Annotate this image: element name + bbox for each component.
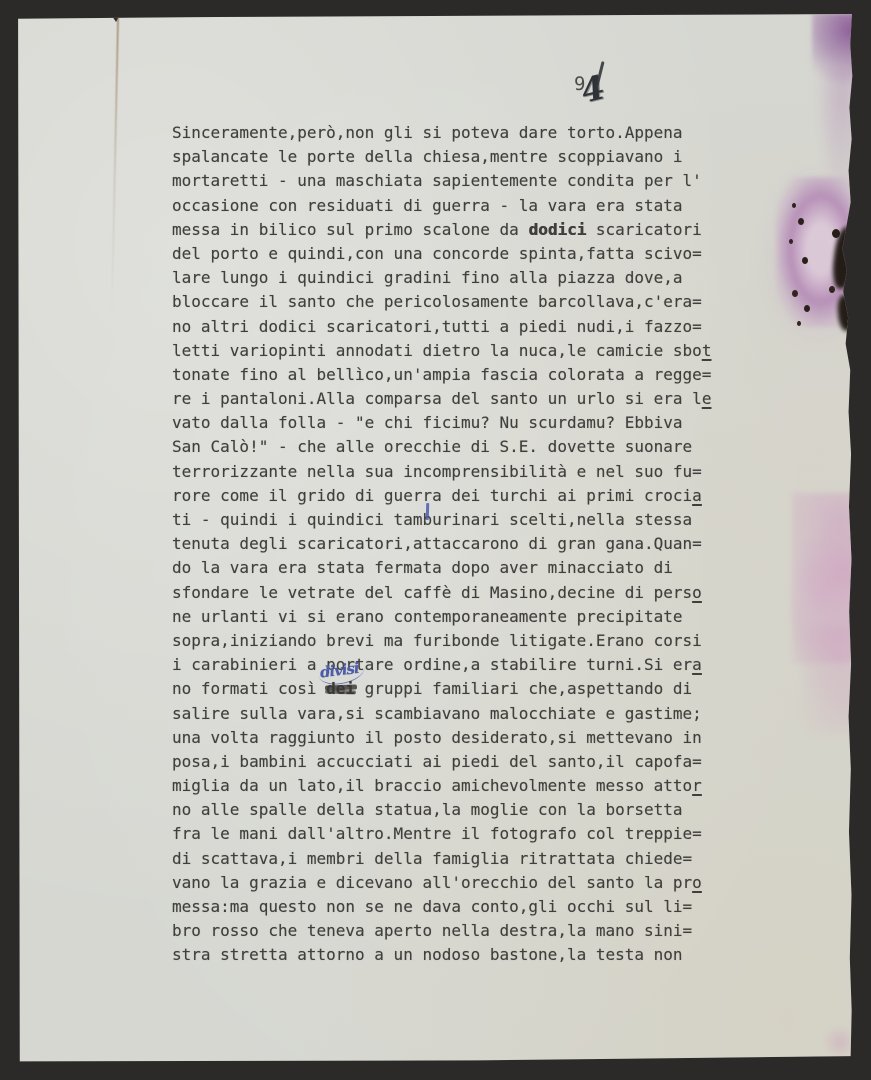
typed-line: tenuta degli scaricatori,attaccarono di … — [172, 532, 711, 556]
scanned-page-background: { "colors": { "background": "#2c2a28", "… — [0, 0, 871, 1080]
typed-line: occasione con residuati di guerra - la v… — [172, 194, 711, 218]
stain-bottom-right — [822, 1027, 858, 1057]
typed-segment: tonate fino al bellìco,un'ampia fascia c… — [172, 365, 711, 384]
typed-segment: ti - quindi i quindici tam — [172, 510, 422, 529]
struck-word: dei — [326, 679, 355, 698]
typed-line: miglia da un lato,il braccio amichevolme… — [172, 774, 711, 798]
typed-line: tonate fino al bellìco,un'ampia fascia c… — [172, 363, 711, 387]
typed-segment: bloccare il santo che pericolosamente ba… — [172, 292, 702, 311]
typed-line: una volta raggiunto il posto desiderato,… — [172, 726, 711, 750]
typed-segment: del porto e quindi,con una concorde spin… — [172, 244, 702, 263]
typed-segment: no altri dodici scaricatori,tutti a pied… — [172, 317, 702, 336]
typed-text: Sinceramente,però,non gli si poteva dare… — [172, 121, 711, 968]
typed-line: re i pantaloni.Alla comparsa del santo u… — [172, 387, 711, 411]
typed-segment: o — [692, 873, 702, 892]
typed-segment: rore come il grido di guerra dei turchi … — [172, 486, 692, 505]
typed-segment: no formati così — [172, 679, 326, 698]
typed-line: terrorizzante nella sua incomprensibilit… — [172, 460, 711, 484]
typed-segment: t — [702, 341, 712, 360]
typed-segment: urinari scelti,nella stessa — [432, 510, 692, 529]
typed-segment: San Calò!" - che alle orecchie di S.E. d… — [172, 437, 692, 456]
typed-segment: spalancate le porte della chiesa,mentre … — [172, 147, 683, 166]
typed-segment: scaricatori — [586, 220, 702, 239]
typed-segment: lare lungo i quindici gradini fino alla … — [172, 268, 683, 287]
typed-segment: i carabinieri a portare ordine,a stabili… — [172, 655, 692, 674]
typed-segment: sopra,iniziando brevi ma furibonde litig… — [172, 631, 702, 650]
typed-segment: fra le mani dall'altro.Mentre il fotogra… — [172, 824, 702, 843]
typed-line: ti - quindi i quindici tamburinari scelt… — [172, 508, 711, 532]
typed-line: lare lungo i quindici gradini fino alla … — [172, 266, 711, 290]
typed-segment: r — [692, 776, 702, 795]
stain-right-upper-ring — [776, 177, 862, 327]
typed-segment: bro rosso che teneva aperto nella destra… — [172, 921, 692, 940]
typed-line: letti variopinti annodati dietro la nuca… — [172, 339, 711, 363]
typed-segment: miglia da un lato,il braccio amichevolme… — [172, 776, 692, 795]
page-number: 94 — [574, 59, 609, 98]
stain-top-right-corner — [812, 13, 862, 89]
blue-ink-mark-letter: b — [422, 510, 432, 529]
typed-segment: mortaretti - una maschiata sapientemente… — [172, 171, 702, 190]
typed-segment: do la vara era stata fermata dopo aver m… — [172, 558, 673, 577]
typed-segment: sfondare le vetrate del caffè di Masino,… — [172, 583, 692, 602]
typed-segment: gruppi familiari che,aspettando di — [355, 679, 692, 698]
typed-segment: e — [702, 389, 712, 408]
stain-dark-specks — [792, 203, 796, 208]
stain-right-upper-halo — [758, 163, 868, 353]
typed-segment: posa,i bambini accucciati ai piedi del s… — [172, 752, 702, 771]
typed-segment: stra stretta attorno a un nodoso bastone… — [172, 945, 683, 964]
typed-line: no alle spalle della statua,la moglie co… — [172, 798, 711, 822]
typed-segment: di scattava,i membri della famiglia ritr… — [172, 849, 692, 868]
typed-segment: tenuta degli scaricatori,attaccarono di … — [172, 534, 702, 553]
typed-segment: a — [692, 486, 702, 505]
typed-segment: salire sulla vara,si scambiavano malocch… — [172, 704, 702, 723]
typed-line: San Calò!" - che alle orecchie di S.E. d… — [172, 435, 711, 459]
paper-sheet: 94 Sinceramente,però,non gli si poteva d… — [16, 13, 854, 1063]
typed-segment: messa in bilico sul primo scalone da — [172, 220, 528, 239]
typed-line: no altri dodici scaricatori,tutti a pied… — [172, 315, 711, 339]
typed-line: sopra,iniziando brevi ma furibonde litig… — [172, 629, 711, 653]
stain-right-lower — [802, 625, 862, 735]
typed-line: sfondare le vetrate del caffè di Masino,… — [172, 581, 711, 605]
typed-line: del porto e quindi,con una concorde spin… — [172, 242, 711, 266]
typed-segment: una volta raggiunto il posto desiderato,… — [172, 728, 702, 747]
paper-crease-line — [111, 13, 119, 313]
stain-right-mid — [792, 493, 864, 663]
typed-segment: vato dalla folla - "e chi ficimu? Nu scu… — [172, 413, 683, 432]
typed-segment: letti variopinti annodati dietro la nuca… — [172, 341, 702, 360]
typed-line: ne urlanti vi si erano contemporaneament… — [172, 605, 711, 629]
typed-segment: no alle spalle della statua,la moglie co… — [172, 800, 683, 819]
typed-line: mortaretti - una maschiata sapientemente… — [172, 169, 711, 193]
typed-segment: re i pantaloni.Alla comparsa del santo u… — [172, 389, 702, 408]
typed-line: bloccare il santo che pericolosamente ba… — [172, 290, 711, 314]
typed-line: spalancate le porte della chiesa,mentre … — [172, 145, 711, 169]
typed-segment: messa:ma questo non se ne dava conto,gli… — [172, 897, 692, 916]
stain-top-right-smear — [818, 69, 858, 189]
typed-line: bro rosso che teneva aperto nella destra… — [172, 919, 711, 943]
typed-line: messa:ma questo non se ne dava conto,gli… — [172, 895, 711, 919]
typed-line: no formati così divisidei gruppi familia… — [172, 677, 711, 701]
typed-line: fra le mani dall'altro.Mentre il fotogra… — [172, 822, 711, 846]
page-number-handwritten: 4 — [577, 67, 609, 110]
typed-segment: a — [692, 655, 702, 674]
typed-line: Sinceramente,però,non gli si poteva dare… — [172, 121, 711, 145]
paper-edge-notch — [110, 13, 121, 22]
typed-segment: o — [692, 583, 702, 602]
typed-line: vano la grazia e dicevano all'orecchio d… — [172, 871, 711, 895]
typed-line: salire sulla vara,si scambiavano malocch… — [172, 702, 711, 726]
typed-segment: Sinceramente,però,non gli si poteva dare… — [172, 123, 683, 142]
inline-correction: divisidei — [326, 677, 355, 701]
typed-line: posa,i bambini accucciati ai piedi del s… — [172, 750, 711, 774]
typed-line: rore come il grido di guerra dei turchi … — [172, 484, 711, 508]
typed-segment: vano la grazia e dicevano all'orecchio d… — [172, 873, 692, 892]
typed-line: stra stretta attorno a un nodoso bastone… — [172, 943, 711, 967]
paper-edge-tear — [830, 226, 857, 290]
typed-line: i carabinieri a portare ordine,a stabili… — [172, 653, 711, 677]
typed-line: di scattava,i membri della famiglia ritr… — [172, 847, 711, 871]
typed-line: do la vara era stata fermata dopo aver m… — [172, 556, 711, 580]
typed-line: vato dalla folla - "e chi ficimu? Nu scu… — [172, 411, 711, 435]
typed-segment: terrorizzante nella sua incomprensibilit… — [172, 462, 702, 481]
typed-segment: ne urlanti vi si erano contemporaneament… — [172, 607, 683, 626]
typed-segment: occasione con residuati di guerra - la v… — [172, 196, 683, 215]
paper-edge-tear — [836, 294, 854, 331]
typed-segment: dodici — [528, 220, 586, 239]
typed-line: messa in bilico sul primo scalone da dod… — [172, 218, 711, 242]
